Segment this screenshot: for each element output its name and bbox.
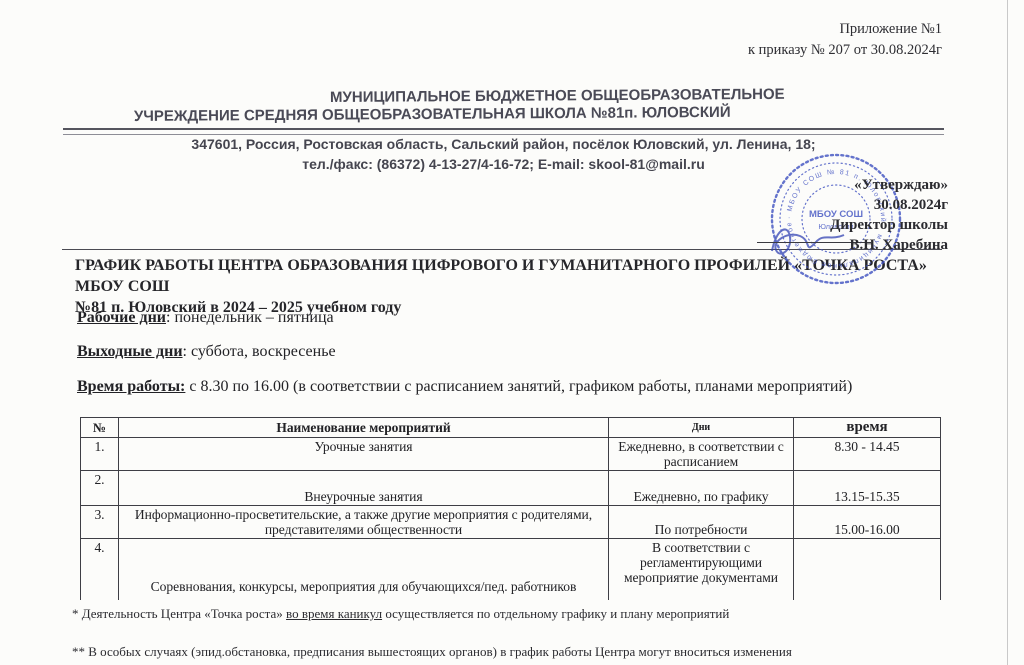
approval-position: Директор школы (830, 215, 948, 235)
approval-name: В.Н. Харебина (830, 235, 948, 255)
hours-value: с 8.30 по 16.00 (в соответствии с распис… (185, 378, 852, 395)
approval-date: 30.08.2024г (830, 195, 948, 215)
scan-page-edge (1007, 0, 1008, 665)
footnote-1: * Деятельность Центра «Точка роста» во в… (72, 606, 729, 622)
row-name: Урочные занятия (119, 438, 609, 471)
approval-block: «Утверждаю» 30.08.2024г Директор школы В… (830, 175, 948, 255)
column-header-days: Дни (609, 418, 794, 438)
footnote-1-suffix: осуществляется по отдельному графику и п… (382, 606, 729, 621)
column-header-num: № (81, 418, 119, 438)
scanned-document-page: Приложение №1 к приказу № 207 от 30.08.2… (0, 0, 1024, 665)
hours-line: Время работы: с 8.30 по 16.00 (в соответ… (77, 378, 852, 396)
row-num: 1. (81, 438, 119, 471)
row-num: 2. (81, 471, 119, 506)
table-header-row: № Наименование мероприятий Дни время (81, 418, 941, 438)
footnote-1-underlined: во время каникул (286, 606, 382, 621)
column-header-name: Наименование мероприятий (119, 418, 609, 438)
table-row: 4. Соревнования, конкурсы, мероприятия д… (81, 539, 941, 600)
schedule-table: № Наименование мероприятий Дни время 1. … (80, 417, 941, 600)
row-time (794, 539, 941, 600)
row-days: В соответствии с регламентирующими мероп… (609, 539, 794, 600)
footnote-1-prefix: * Деятельность Центра «Точка роста» (72, 606, 286, 621)
table-row: 3. Информационно-просветительские, а так… (81, 506, 941, 539)
appendix-line-1: Приложение №1 (748, 19, 942, 40)
footnote-2: ** В особых случаях (эпид.обстановка, пр… (72, 644, 792, 660)
row-days: Ежедневно, в соответствии с расписанием (609, 438, 794, 471)
weekend-label: Выходные дни (77, 343, 183, 360)
row-name: Соревнования, конкурсы, мероприятия для … (119, 539, 609, 600)
row-name: Информационно-просветительские, а также … (119, 506, 609, 539)
table-row: 2. Внеурочные занятия Ежедневно, по граф… (81, 471, 941, 506)
document-title-line-2: №81 п. Юловский в 2024 – 2025 учебном го… (75, 297, 955, 318)
row-time: 13.15-15.35 (794, 471, 941, 506)
row-num: 3. (81, 506, 119, 539)
table-row: 1. Урочные занятия Ежедневно, в соответс… (81, 438, 941, 471)
row-name: Внеурочные занятия (119, 471, 609, 506)
row-time: 8.30 - 14.45 (794, 438, 941, 471)
weekend-line: Выходные дни: суббота, воскресенье (77, 343, 336, 361)
row-num: 4. (81, 539, 119, 600)
column-header-time: время (794, 418, 941, 438)
row-days: Ежедневно, по графику (609, 471, 794, 506)
appendix-note: Приложение №1 к приказу № 207 от 30.08.2… (748, 19, 942, 61)
hours-label: Время работы: (77, 378, 185, 395)
row-time: 15.00-16.00 (794, 506, 941, 539)
approval-word: «Утверждаю» (830, 175, 948, 195)
appendix-line-2: к приказу № 207 от 30.08.2024г (748, 40, 942, 61)
row-days: По потребности (609, 506, 794, 539)
weekend-value: : суббота, воскресенье (183, 343, 336, 360)
header-divider (63, 128, 944, 135)
org-name-line-2: УЧРЕЖДЕНИЕ СРЕДНЯЯ ОБЩЕОБРАЗОВАТЕЛЬНАЯ Ш… (134, 104, 731, 125)
